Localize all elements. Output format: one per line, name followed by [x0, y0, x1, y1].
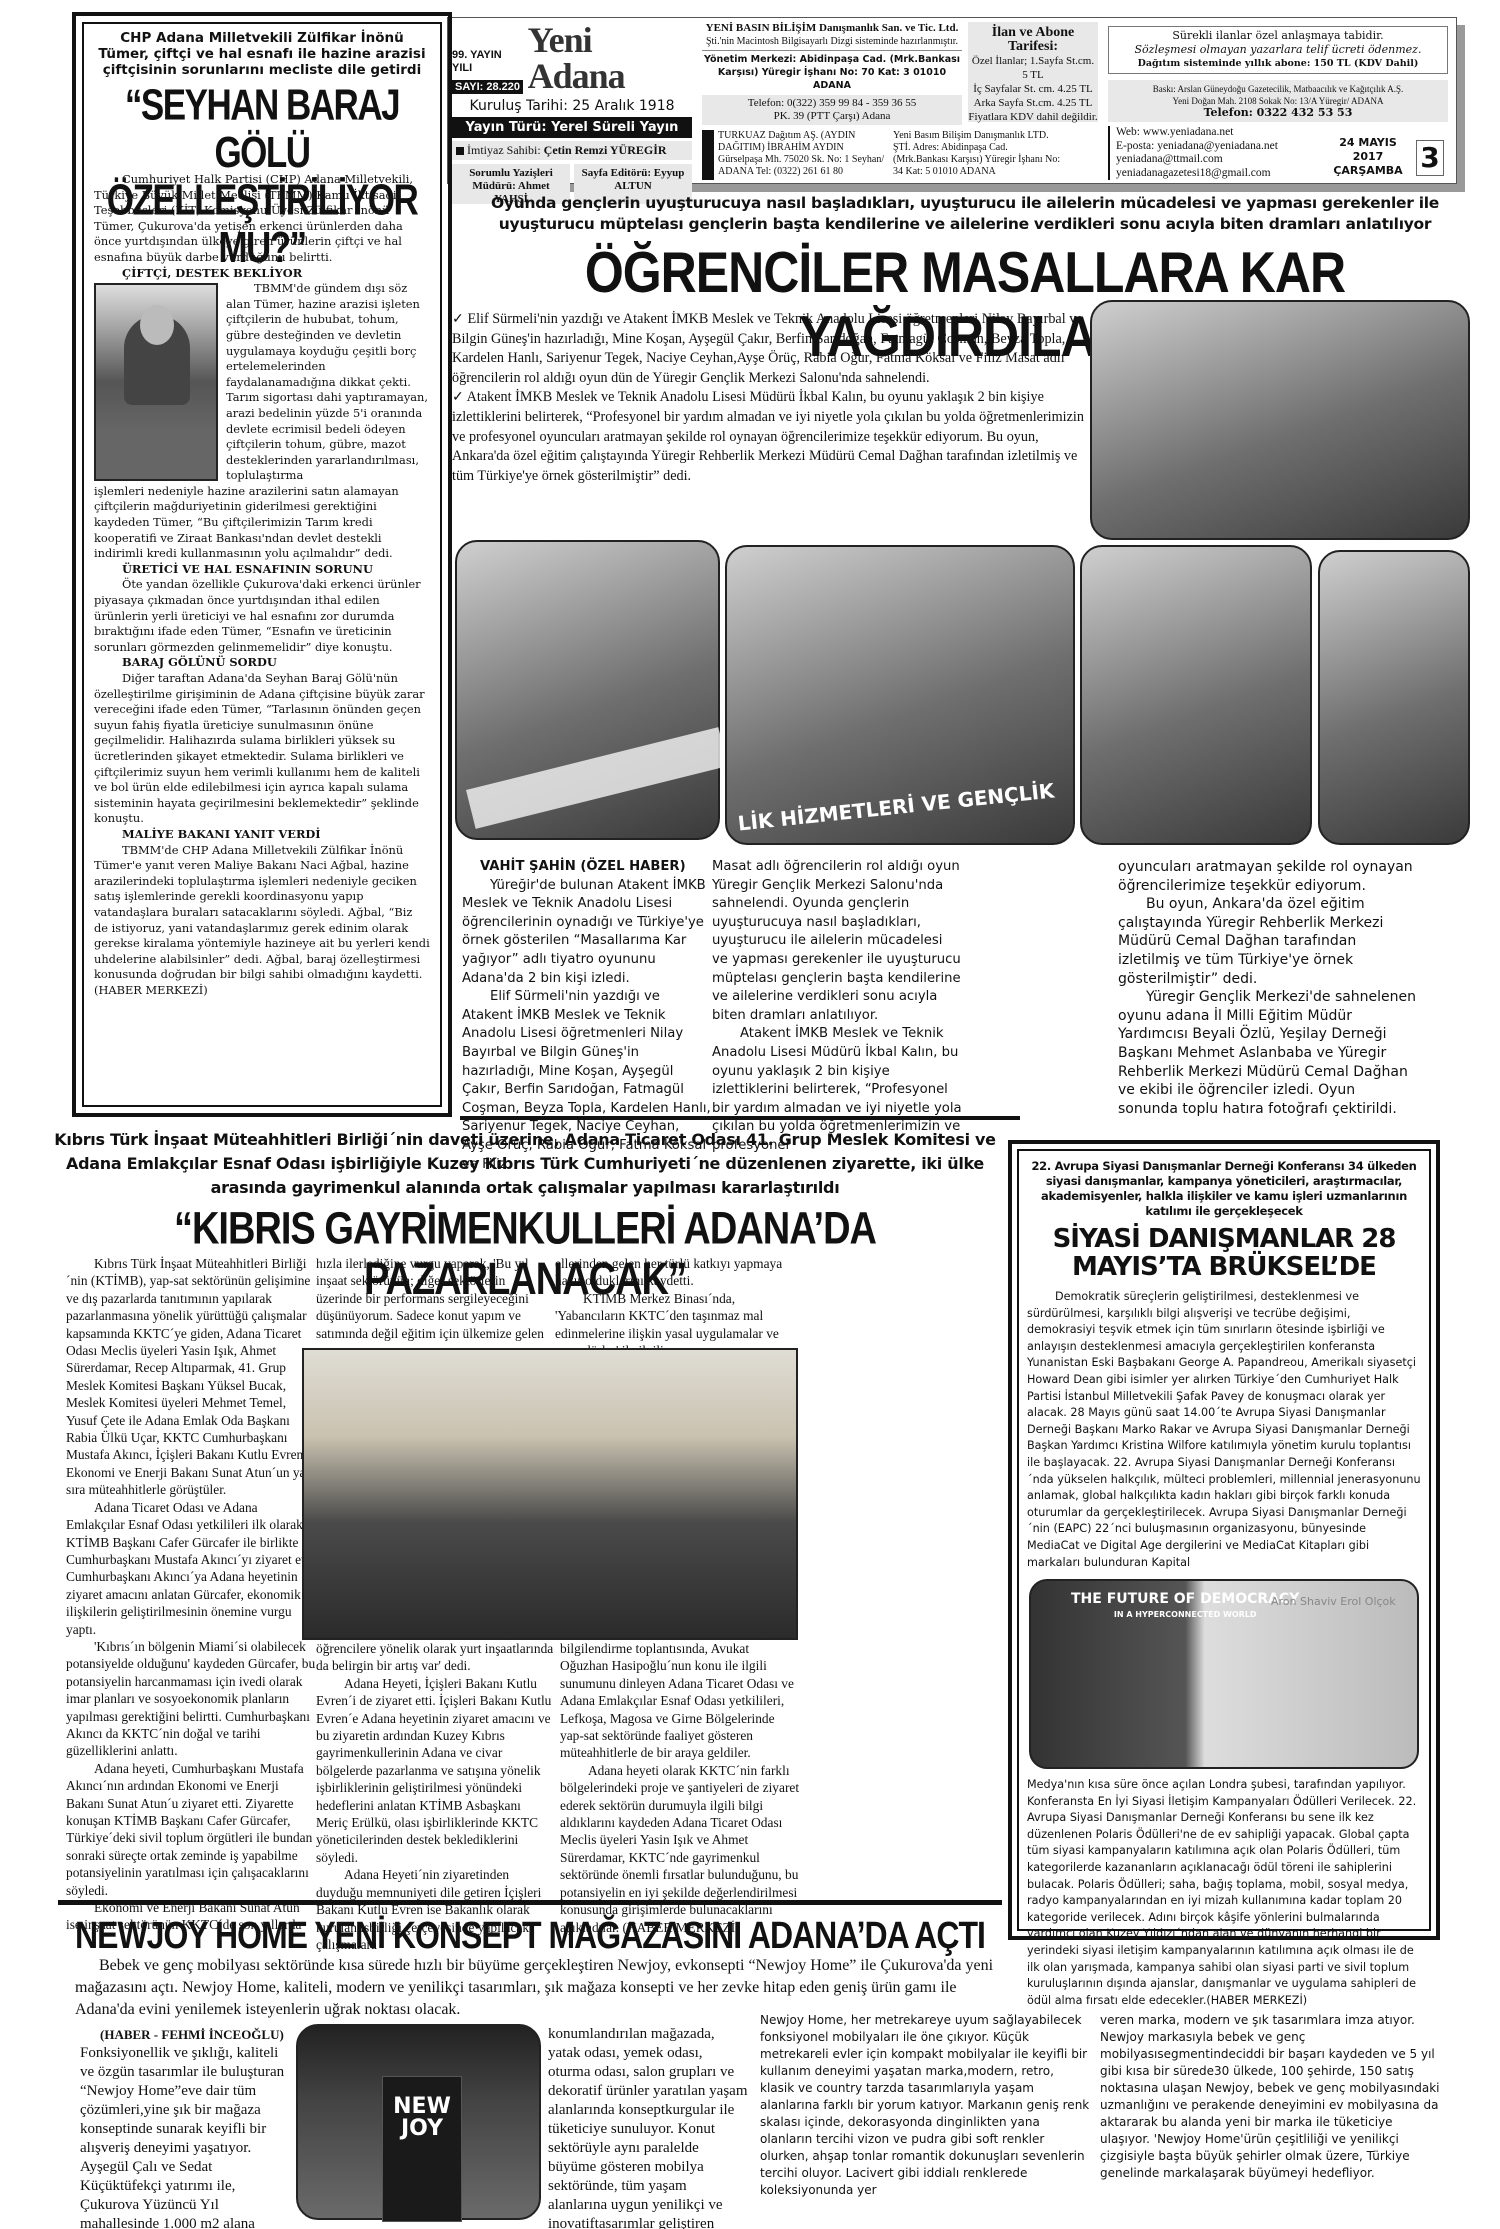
newjoy-col-4: veren marka, modern ve şık tasarımlara i… — [1100, 2012, 1440, 2182]
cyprus-col-2-bottom: öğrencilere yönelik olarak yurt inşaatla… — [316, 1640, 556, 1953]
main-col-1: VAHİT ŞAHİN (ÖZEL HABER) Yüreğir'de bulu… — [462, 858, 712, 1174]
left-story-inner: CHP Adana Milletvekili Zülfikar İnönü Tü… — [82, 22, 442, 1107]
siyasi-body-2: Medya'nın kısa süre önce açılan Londra ş… — [1027, 1777, 1421, 2009]
newjoy-col-3: Newjoy Home, her metrekareye uyum sağlay… — [760, 2012, 1090, 2199]
notices-box: Sürekli ilanlar özel anlaşmaya tabidir. … — [1108, 26, 1448, 74]
email-link-3[interactable]: yeniadanagazetesi18@gmail.com — [1116, 167, 1278, 181]
subhead-baraj: BARAJ GÖLÜNÜ SORDU — [94, 655, 430, 671]
conference-photo: THE FUTURE OF DEMOCRACY IN A HYPERCONNEC… — [1029, 1579, 1419, 1769]
hq-address: Yönetim Merkezi: Abidinpaşa Cad. (Mrk.Ba… — [702, 50, 962, 92]
distribution-label-bar — [702, 130, 714, 180]
main-col-2: Masat adlı öğrencilerin rol aldığı oyun … — [712, 858, 962, 1156]
owner-line: İmtiyaz Sahibi: Çetin Remzi YÜREGİR — [452, 141, 692, 160]
masthead: 99. YAYIN YILI SAYI: 28.220 Yeni Adana K… — [447, 17, 1457, 184]
delegation-photo — [302, 1348, 798, 1640]
subhead-maliye: MALİYE BAKANI YANIT VERDİ — [94, 827, 430, 843]
byline: VAHİT ŞAHİN (ÖZEL HABER) — [462, 858, 712, 877]
typeset-line-2: Şti.'nin Macintosh Bilgisayarlı Dizgi si… — [702, 35, 962, 48]
distribution-2: Yeni Basım Bilişim Danışmanlık LTD. ŞTİ.… — [893, 130, 1063, 178]
siyasi-story-headline: SİYASİ DANIŞMANLAR 28 MAYIS’TA BRÜKSEL’D… — [1027, 1225, 1421, 1281]
newjoy-col-1: (HABER - FEHMİ İNCEOĞLU) Fonksiyonellik … — [80, 2025, 292, 2229]
issue-number: SAYI: 28.220 — [452, 80, 523, 94]
checkmark-icon: ✓ — [452, 311, 467, 327]
newjoy-logo-sign: NEW JOY — [390, 2096, 454, 2140]
siyasi-body-1: Demokratik süreçlerin geliştirilmesi, de… — [1027, 1289, 1421, 1571]
founded-date: Kuruluş Tarihi: 25 Aralık 1918 — [452, 98, 692, 114]
cyprus-col-1: Kıbrıs Türk İnşaat Müteahhitleri Birliği… — [66, 1255, 316, 1934]
group-photo-center: LİK HİZMETLERİ VE GENÇLİK — [725, 545, 1075, 845]
main-story-lead: ✓ Elif Sürmeli'nin yazdığı ve Atakent İM… — [452, 310, 1086, 486]
left-story-deck: CHP Adana Milletvekili Zülfikar İnönü Tü… — [94, 30, 430, 78]
stage-photo-right — [1080, 545, 1312, 845]
masthead-company-block: YENİ BASIN BİLİŞİM Danışmanlık San. ve T… — [702, 22, 962, 125]
speaker-names: Aron Shaviv Erol Olçok — [1271, 1595, 1396, 1608]
typeset-line-1: YENİ BASIN BİLİŞİM Danışmanlık San. ve T… — [702, 22, 962, 35]
cyprus-story-deck: Kıbrıs Türk İnşaat Müteahhitleri Birliği… — [45, 1128, 1005, 1200]
stage-photo-far-right — [1318, 550, 1470, 845]
bullet-square-icon — [456, 147, 464, 155]
rates-title: İlan ve Abone Tarifesi: — [968, 26, 1098, 54]
distribution-1: TURKUAZ Dağıtım AŞ. (AYDIN DAĞITIM) İBRA… — [718, 130, 888, 178]
contact-info: Web: www.yeniadana.net E-posta: yeniadan… — [1108, 126, 1278, 180]
checkmark-icon: ✓ — [452, 389, 467, 405]
siyasi-story-inner: 22. Avrupa Siyasi Danışmanlar Derneği Ko… — [1017, 1149, 1431, 1931]
left-story-box: CHP Adana Milletvekili Zülfikar İnönü Tü… — [72, 12, 452, 1117]
year-label: 99. YAYIN YILI — [452, 49, 524, 75]
group-photo-top — [1090, 300, 1470, 540]
masthead-logo-block: 99. YAYIN YILI SAYI: 28.220 Yeni Adana K… — [452, 22, 692, 204]
main-story-deck: Oyunda gençlerin uyuşturucuya nasıl başl… — [455, 193, 1475, 235]
subhead-uretici: ÜRETİCİ VE HAL ESNAFININ SORUNU — [94, 562, 430, 578]
cyprus-col-3-bottom: bilgilendirme toplantısında, Avukat Oğuz… — [560, 1640, 800, 1936]
owner-name: Çetin Remzi YÜREGİR — [544, 143, 667, 157]
conference-banner: THE FUTURE OF DEMOCRACY IN A HYPERCONNEC… — [1071, 1591, 1299, 1623]
divider-rule — [460, 1116, 1020, 1120]
left-story-headline: “SEYHAN BARAJ GÖLÜ ÖZELLEŞTİRİLİYOR MU?” — [94, 82, 430, 272]
stage-banner-text: LİK HİZMETLERİ VE GENÇLİK — [737, 778, 1056, 835]
left-story-body: Cumhuriyet Halk Partisi (CHP) Adana Mill… — [94, 172, 430, 998]
podium — [96, 429, 216, 479]
stage-banner — [466, 727, 728, 829]
email-link-1[interactable]: E-posta: yeniadana@yeniadana.net — [1116, 140, 1278, 154]
website-link[interactable]: Web: www.yeniadana.net — [1116, 126, 1278, 140]
politician-photo — [94, 283, 218, 481]
newjoy-byline: (HABER - FEHMİ İNCEOĞLU) — [80, 2025, 292, 2044]
newjoy-col-2: konumlandırılan mağazada, yatak odası, y… — [548, 2025, 748, 2229]
stage-photo-left — [455, 540, 720, 840]
ad-rates: İlan ve Abone Tarifesi: Özel İlanlar; 1.… — [968, 22, 1098, 122]
email-link-2[interactable]: yeniadana@ttmail.com — [1116, 153, 1278, 167]
main-col-3: oyuncuları aratmayan şekilde rol oynayan… — [1118, 858, 1418, 1118]
phone-block: Telefon: 0(322) 359 99 84 - 359 36 55 PK… — [702, 95, 962, 125]
newspaper-logo: Yeni Adana — [528, 22, 692, 94]
print-info: Baskı: Arslan Güneydoğu Gazetecilik, Mat… — [1108, 80, 1448, 122]
siyasi-story-box: 22. Avrupa Siyasi Danışmanlar Derneği Ko… — [1008, 1140, 1440, 1940]
publication-type: Yayın Türü: Yerel Süreli Yayın — [452, 117, 692, 138]
page-number: 3 — [1416, 140, 1444, 176]
issue-date: 24 MAYIS 2017 ÇARŞAMBA — [1328, 136, 1408, 178]
divider-rule-bottom — [58, 1900, 1002, 1905]
cyprus-col-2-top: hızla ilerlediğine vurgu yaparak, 'Bu yı… — [316, 1255, 546, 1342]
cyprus-col-3-top: ellerinden gelen her türlü katkıyı yapma… — [555, 1255, 785, 1359]
siyasi-story-deck: 22. Avrupa Siyasi Danışmanlar Derneği Ko… — [1027, 1159, 1421, 1219]
newjoy-headline: NEWJOY HOME YENİ KONSEPT MAĞAZASINI ADAN… — [75, 1913, 1005, 1956]
politician-head — [140, 305, 174, 345]
newjoy-store-photo: NEW JOY — [296, 2024, 541, 2220]
